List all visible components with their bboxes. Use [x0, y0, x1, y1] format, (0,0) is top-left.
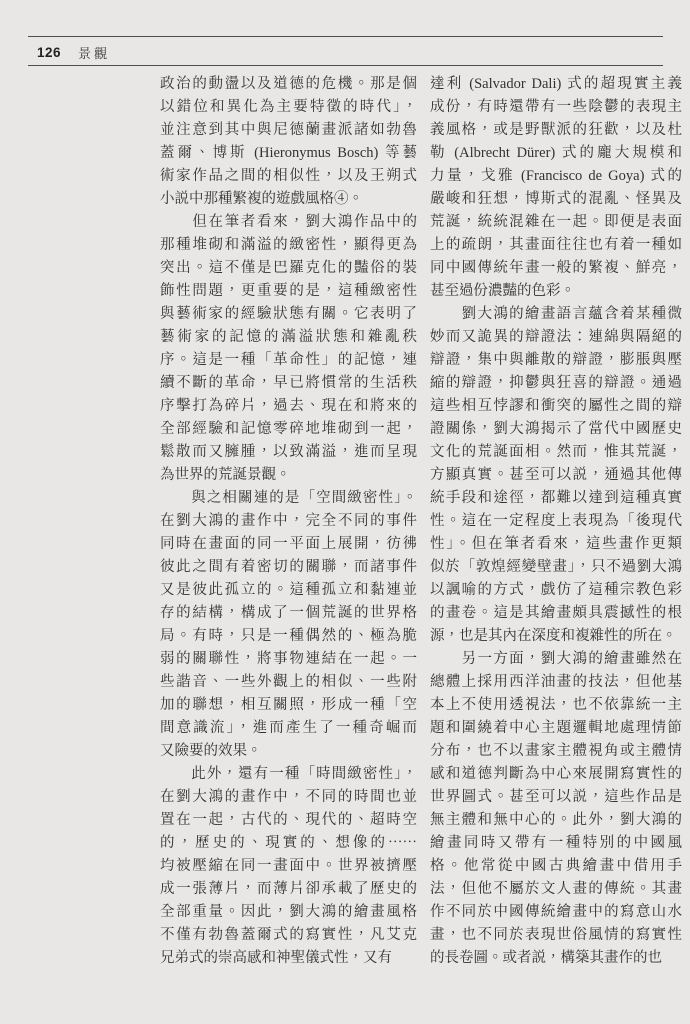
text-line: 縮的辯證，抑鬱與狂喜的辯證。通過: [430, 372, 682, 395]
text-line: 文化的荒誕面相。然而，惟其荒誕，: [430, 441, 682, 464]
text-line: 並注意到其中與尼德蘭畫派諸如勃魯: [160, 119, 417, 142]
text-line: 續不斷的革命，早已將慣常的生活秩: [160, 372, 417, 395]
text-line: 存的結構，構成了一個荒誕的世界格: [160, 602, 417, 625]
text-line: 格。他常從中國古典繪畫中借用手: [430, 855, 682, 878]
text-line: 分布，也不以畫家主體視角或主體情: [430, 740, 682, 763]
text-line: 彼此之間有着密切的關聯，而諸事件: [160, 556, 417, 579]
text-line: 的長卷圖。或者説，構築其畫作的也: [430, 947, 682, 970]
text-line: 本上不使用透視法，也不依靠統一主: [430, 694, 682, 717]
text-line: 但在筆者看來，劉大鴻作品中的: [160, 211, 417, 234]
text-line: 不僅有勃魯蓋爾式的寫實性，凡艾克: [160, 924, 417, 947]
text-line: 義風格，或是野獸派的狂歡，以及杜: [430, 119, 682, 142]
text-line: 同時在畫面的同一平面上展開，彷彿: [160, 533, 417, 556]
text-line: 蓋爾、博斯 (Hieronymus Bosch) 等藝: [160, 142, 417, 165]
text-line: 上的疏朗，其畫面往往也有着一種如: [430, 234, 682, 257]
text-line: 無主體和無中心的。此外，劉大鴻的: [430, 809, 682, 832]
text-line: 荒誕，統統混雜在一起。即便是表面: [430, 211, 682, 234]
text-line: 成一張薄片，而薄片卻承載了歷史的: [160, 878, 417, 901]
page-number: 126: [37, 45, 61, 60]
text-line: 那種堆砌和滿溢的緻密性，顯得更為: [160, 234, 417, 257]
text-column-left: 政治的動盪以及道德的危機。那是個以錯位和異化為主要特徵的時代」，並注意到其中與尼…: [160, 73, 417, 970]
text-line: 藝術家的記憶的滿溢狀態和雜亂秩: [160, 326, 417, 349]
text-line: 感和道德判斷為中心來展開寫實性的: [430, 763, 682, 786]
text-line: 全部重量。因此，劉大鴻的繪畫風格: [160, 901, 417, 924]
page-header: 126 景觀: [37, 42, 110, 62]
text-line: 為世界的荒誕景觀。: [160, 464, 417, 487]
header-rule-top: [28, 36, 663, 37]
text-line: 飾性問題，更重要的是，這種緻密性: [160, 280, 417, 303]
text-line: 甚至過份濃豔的色彩。: [430, 280, 682, 303]
text-line: 鬆散而又臃腫，以致滿溢，進而呈現: [160, 441, 417, 464]
text-line: 畫，也不同於表現世俗風情的寫實性: [430, 924, 682, 947]
text-line: 辯證，集中與離散的辯證，膨脹與壓: [430, 349, 682, 372]
text-line: 與藝術家的經驗狀態有關。它表明了: [160, 303, 417, 326]
text-line: 達利 (Salvador Dali) 式的超現實主義: [430, 73, 682, 96]
text-line: 另一方面，劉大鴻的繪畫雖然在: [430, 648, 682, 671]
text-line: 在劉大鴻的畫作中，完全不同的事件: [160, 510, 417, 533]
text-line: 又是彼此孤立的。這種孤立和黏連並: [160, 579, 417, 602]
text-line: 源，也是其內在深度和複雜性的所在。: [430, 625, 682, 648]
text-line: 世界圖式。甚至可以説，這些作品是: [430, 786, 682, 809]
text-line: 序擊打為碎片，過去、現在和將來的: [160, 395, 417, 418]
text-line: 這些相互悖謬和衝突的屬性之間的辯: [430, 395, 682, 418]
text-line: 局。有時，只是一種偶然的、極為脆: [160, 625, 417, 648]
text-line: 加的聯想，相互關照，形成一種「空: [160, 694, 417, 717]
header-rule-bottom: [28, 65, 663, 66]
text-line: 成份，有時還帶有一些陰鬱的表現主: [430, 96, 682, 119]
text-line: 妙而又詭異的辯證法：連綿與隔絕的: [430, 326, 682, 349]
text-line: 作不同於中國傳統繪畫中的寫意山水: [430, 901, 682, 924]
text-line: 弱的關聯性，將事物連結在一起。一: [160, 648, 417, 671]
text-line: 間意識流」，進而產生了一種奇崛而: [160, 717, 417, 740]
text-line: 劉大鴻的繪畫語言蘊含着某種微: [430, 303, 682, 326]
text-line: 統手段和途徑，都難以達到這種真實: [430, 487, 682, 510]
text-line: 同中國傳統年畫一般的繁複、鮮亮，: [430, 257, 682, 280]
text-line: 似於「敦煌經變壁畫」，只不過劉大鴻: [430, 556, 682, 579]
text-line: 兄弟式的崇高感和神聖儀式性，又有: [160, 947, 417, 970]
text-line: 總體上採用西洋油畫的技法，但他基: [430, 671, 682, 694]
text-line: 政治的動盪以及道德的危機。那是個: [160, 73, 417, 96]
text-line: 以錯位和異化為主要特徵的時代」，: [160, 96, 417, 119]
document-page: 126 景觀 政治的動盪以及道德的危機。那是個以錯位和異化為主要特徵的時代」，並…: [0, 0, 690, 1024]
text-line: 以諷喻的方式，戲仿了這種宗教色彩: [430, 579, 682, 602]
text-line: 術家作品之間的相似性，以及王朔式: [160, 165, 417, 188]
text-line: 法，但他不屬於文人畫的傳統。其畫: [430, 878, 682, 901]
text-line: 均被壓縮在同一畫面中。世界被擠壓: [160, 855, 417, 878]
text-line: 序。這是一種「革命性」的記憶，連: [160, 349, 417, 372]
text-line: 與之相關連的是「空間緻密性」。: [160, 487, 417, 510]
text-line: 些諧音、一些外觀上的相似、一些附: [160, 671, 417, 694]
text-line: 此外，還有一種「時間緻密性」，: [160, 763, 417, 786]
text-line: 性。這在一定程度上表現為「後現代: [430, 510, 682, 533]
text-line: 又險要的效果。: [160, 740, 417, 763]
text-column-right: 達利 (Salvador Dali) 式的超現實主義成份，有時還帶有一些陰鬱的表…: [430, 73, 682, 970]
text-line: 嚴峻和狂想，博斯式的混亂、怪異及: [430, 188, 682, 211]
text-line: 力量，戈雅 (Francisco de Goya) 式的: [430, 165, 682, 188]
text-line: 的，歷史的、現實的、想像的⋯⋯: [160, 832, 417, 855]
text-line: 繪畫同時又帶有一種特別的中國風: [430, 832, 682, 855]
text-line: 全部經驗和記憶零碎地堆砌到一起，: [160, 418, 417, 441]
text-line: 方顯真實。甚至可以説，通過其他傳: [430, 464, 682, 487]
text-line: 題和圍繞着中心主題邏輯地處理情節: [430, 717, 682, 740]
section-title: 景觀: [78, 43, 110, 62]
text-line: 的畫卷。這是其繪畫頗具震撼性的根: [430, 602, 682, 625]
text-line: 小説中那種繁複的遊戲風格④。: [160, 188, 417, 211]
text-line: 勒 (Albrecht Dürer) 式的龐大規模和: [430, 142, 682, 165]
text-line: 突出。這不僅是巴羅克化的豔俗的裝: [160, 257, 417, 280]
text-line: 在劉大鴻的畫作中，不同的時間也並: [160, 786, 417, 809]
text-line: 證關係，劉大鴻揭示了當代中國歷史: [430, 418, 682, 441]
text-line: 性」。但在筆者看來，這些畫作更類: [430, 533, 682, 556]
text-line: 置在一起，古代的、現代的、超時空: [160, 809, 417, 832]
